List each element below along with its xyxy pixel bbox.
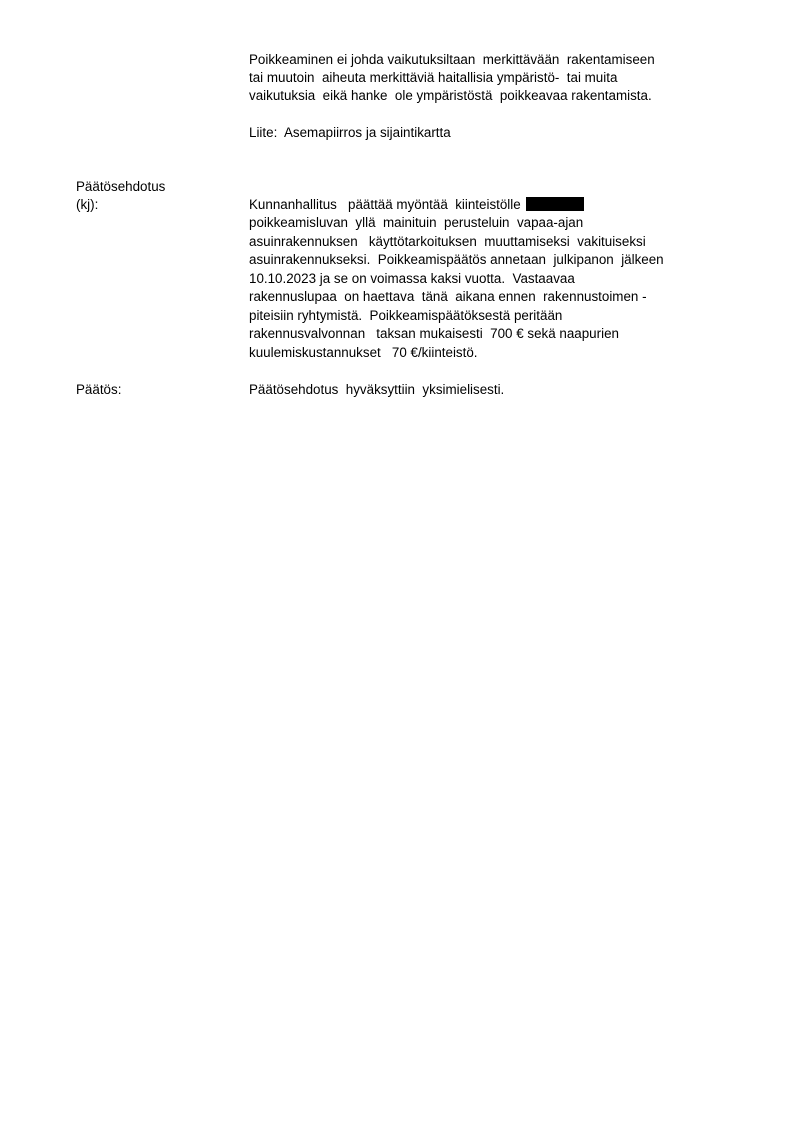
proposal-line: poikkeamisluvan yllä mainituin perustelu… xyxy=(249,214,583,232)
attachment-note: Liite: Asemapiirros ja sijaintikartta xyxy=(249,124,451,142)
proposal-line: 10.10.2023 ja se on voimassa kaksi vuott… xyxy=(249,270,575,288)
proposal-label: Päätösehdotus xyxy=(76,178,165,196)
proposal-line: rakennusvalvonnan taksan mukaisesti 700 … xyxy=(249,325,619,343)
decision-text: Päätösehdotus hyväksyttiin yksimielisest… xyxy=(249,381,504,399)
proposal-line: kuulemiskustannukset 70 €/kiinteistö. xyxy=(249,344,478,362)
proposal-first-line: Kunnanhallitus päättää myöntää kiinteist… xyxy=(249,196,584,214)
proposal-line: asuinrakennukseksi. Poikkeamispäätös ann… xyxy=(249,251,664,269)
decision-label: Päätös: xyxy=(76,381,121,399)
intro-line: Poikkeaminen ei johda vaikutuksiltaan me… xyxy=(249,51,655,69)
proposal-line-text: Kunnanhallitus päättää myöntää kiinteist… xyxy=(249,197,524,212)
proposal-line: rakennuslupaa on haettava tänä aikana en… xyxy=(249,288,647,306)
proposal-line: asuinrakennuksen käyttötarkoituksen muut… xyxy=(249,233,646,251)
redacted-block xyxy=(526,197,584,211)
intro-line: tai muutoin aiheuta merkittäviä haitalli… xyxy=(249,69,617,87)
proposal-line: piteisiin ryhtymistä. Poikkeamispäätökse… xyxy=(249,307,562,325)
intro-line: vaikutuksia eikä hanke ole ympäristöstä … xyxy=(249,87,652,105)
proposal-label-suffix: (kj): xyxy=(76,196,98,214)
